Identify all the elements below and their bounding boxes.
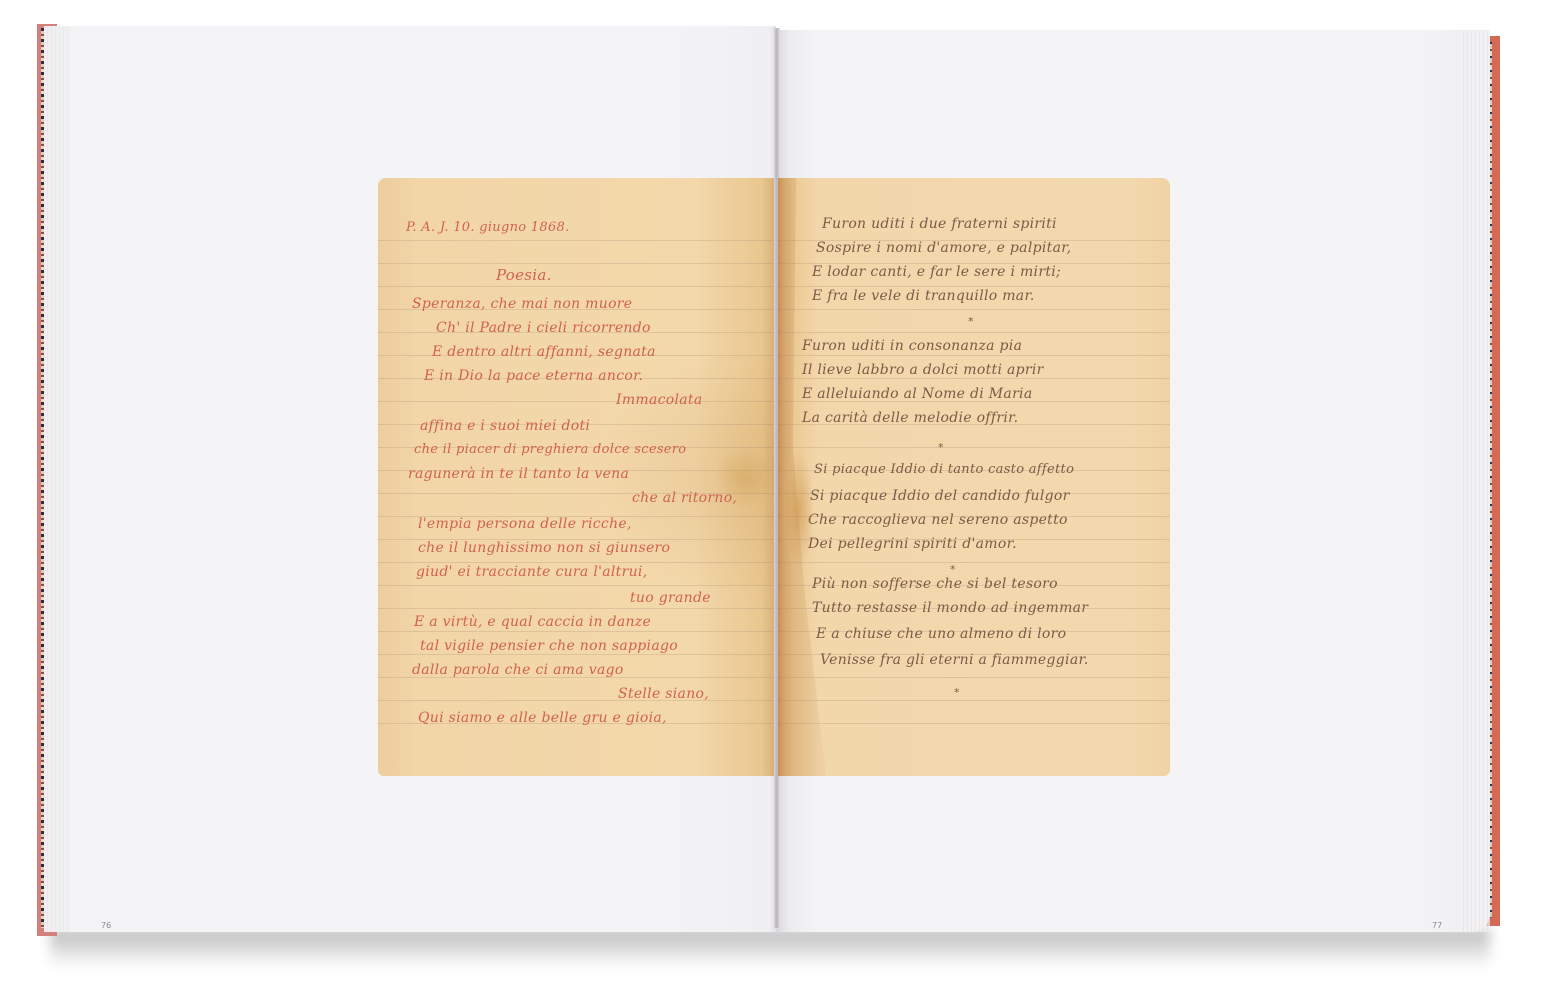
manuscript-line: che al ritorno,	[632, 490, 737, 506]
manuscript-line: Venisse fra gli eterni a fiammeggiar.	[820, 652, 1089, 668]
manuscript-line: l'empia persona delle ricche,	[418, 516, 632, 532]
manuscript-line: E in Dio la pace eterna ancor.	[424, 368, 643, 384]
manuscript-line: giud' ei tracciante cura l'altrui,	[416, 564, 647, 580]
manuscript-line: tuo grande	[630, 590, 711, 606]
manuscript-line: E lodar canti, e far le sere i mirti;	[812, 264, 1061, 280]
manuscript-line: affina e i suoi miei doti	[420, 418, 590, 434]
asterisk-separator: *	[968, 315, 974, 328]
asterisk-separator: *	[938, 441, 944, 454]
manuscript-date-line: P. A. J. 10. giugno 1868.	[406, 220, 570, 235]
manuscript-line: Qui siamo e alle belle gru e gioia,	[418, 710, 667, 726]
manuscript-line: Tutto restasse il mondo ad ingemmar	[812, 600, 1088, 616]
page-number-right: 77	[1432, 921, 1442, 930]
manuscript-line: Dei pellegrini spiriti d'amor.	[808, 536, 1017, 552]
manuscript-line: E fra le vele di tranquillo mar.	[812, 288, 1035, 304]
manuscript-line: Immacolata	[616, 392, 703, 408]
manuscript-line: tal vigile pensier che non sappiago	[420, 638, 678, 654]
manuscript-line: Si piacque Iddio del candido fulgor	[810, 488, 1070, 504]
manuscript-line: Il lieve labbro a dolci motti aprir	[802, 362, 1044, 378]
manuscript-line: Sospire i nomi d'amore, e palpitar,	[816, 240, 1071, 256]
manuscript-line: E alleluiando al Nome di Maria	[802, 386, 1032, 402]
manuscript-line: E a chiuse che uno almeno di loro	[816, 626, 1066, 642]
manuscript-line: Si piacque Iddio di tanto casto affetto	[814, 462, 1074, 477]
manuscript-line: Che raccoglieva nel sereno aspetto	[808, 512, 1068, 528]
manuscript-line: ragunerà in te il tanto la vena	[408, 466, 629, 482]
manuscript-page-left: P. A. J. 10. giugno 1868. Poesia. Speran…	[378, 178, 774, 776]
manuscript-line: dalla parola che ci ama vago	[412, 662, 624, 678]
manuscript-line: che il piacer di preghiera dolce scesero	[414, 442, 686, 457]
asterisk-separator: *	[954, 686, 960, 699]
manuscript-line: Speranza, che mai non muore	[412, 296, 632, 312]
manuscript-line: Furon uditi i due fraterni spiriti	[822, 216, 1057, 232]
asterisk-separator: *	[950, 563, 956, 576]
manuscript-page-right: Furon uditi i due fraterni spiriti Sospi…	[778, 178, 1170, 776]
page-stack-right	[1460, 30, 1490, 932]
book-shadow	[50, 928, 1490, 968]
page-stack-left	[44, 26, 70, 932]
manuscript-line: E dentro altri affanni, segnata	[432, 344, 656, 360]
manuscript-title: Poesia.	[496, 266, 552, 284]
manuscript-line: Stelle siano,	[618, 686, 709, 702]
manuscript-line: E a virtù, e qual caccia in danze	[414, 614, 651, 630]
manuscript-line: Più non sofferse che si bel tesoro	[812, 576, 1058, 592]
water-stain	[784, 450, 814, 570]
manuscript-line: Ch' il Padre i cieli ricorrendo	[436, 320, 651, 336]
page-number-left: 76	[101, 921, 111, 930]
manuscript-line: che il lunghissimo non si giunsero	[418, 540, 670, 556]
manuscript-line: La carità delle melodie offrir.	[802, 410, 1018, 426]
manuscript-line: Furon uditi in consonanza pia	[802, 338, 1022, 354]
